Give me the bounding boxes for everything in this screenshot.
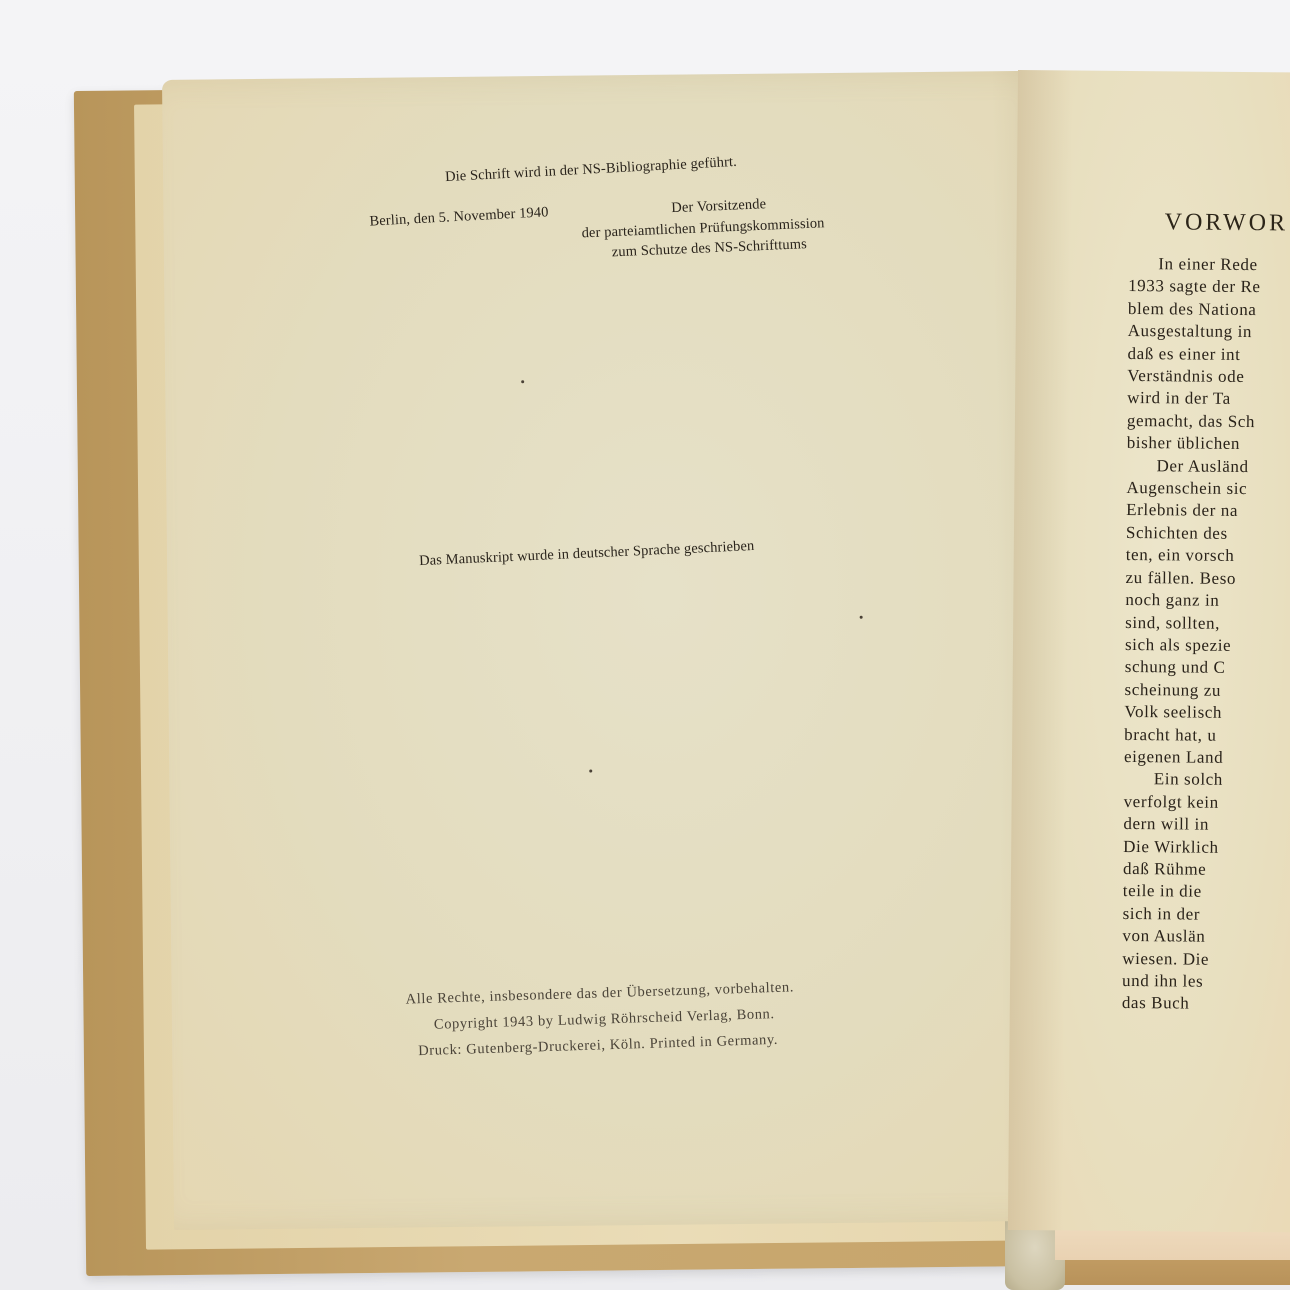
preface-line: daß Rühme — [1123, 858, 1290, 882]
preface-line: Augenschein sic — [1126, 477, 1290, 501]
paper-speck — [589, 770, 592, 773]
preface-line: zu fällen. Beso — [1125, 567, 1290, 591]
signatory-title: Der Vorsitzende — [671, 196, 766, 217]
preface-line: und ihn les — [1122, 970, 1290, 994]
preface-line: blem des Nationa — [1128, 298, 1290, 322]
preface-line: gemacht, das Sch — [1127, 410, 1290, 434]
imprint-copyright: Copyright 1943 by Ludwig Röhrscheid Verl… — [434, 1006, 775, 1034]
preface-line: Ein solch — [1124, 768, 1290, 792]
preface-line: ten, ein vorsch — [1126, 544, 1290, 568]
preface-line: teile in die — [1123, 880, 1290, 904]
preface-line: verfolgt kein — [1124, 791, 1290, 815]
preface-line: 1933 sagte der Re — [1128, 275, 1290, 299]
preface-line: Erlebnis der na — [1126, 499, 1290, 523]
paper-speck — [521, 380, 524, 383]
book-photo: Die Schrift wird in der NS-Bibliographie… — [0, 0, 1290, 1290]
left-page: Die Schrift wird in der NS-Bibliographie… — [162, 71, 1074, 1230]
signatory-purpose: zum Schutze des NS-Schrifttums — [612, 236, 808, 261]
preface-body: In einer Rede1933 sagte der Reblem des N… — [1122, 253, 1290, 1017]
preface-line: Schichten des — [1126, 522, 1290, 546]
preface-line: sich in der — [1123, 903, 1290, 927]
preface-line: wird in der Ta — [1127, 387, 1290, 411]
gutter-shadow — [1008, 70, 1073, 1230]
manuscript-note: Das Manuskript wurde in deutscher Sprach… — [419, 538, 755, 570]
preface-line: Verständnis ode — [1127, 365, 1290, 389]
preface-line: Volk seelisch — [1124, 701, 1290, 725]
right-page: VORWOR In einer Rede1933 sagte der Reble… — [1008, 70, 1290, 1232]
preface-line: wiesen. Die — [1122, 948, 1290, 972]
preface-title: VORWOR — [1165, 209, 1289, 237]
preface-line: sich als spezie — [1125, 634, 1290, 658]
preface-line: eigenen Land — [1124, 746, 1290, 770]
preface-line: schung und C — [1125, 656, 1290, 680]
imprint-printer: Druck: Gutenberg-Druckerei, Köln. Printe… — [418, 1032, 778, 1060]
preface-line: von Auslän — [1122, 925, 1290, 949]
imprint-rights: Alle Rechte, insbesondere das der Überse… — [405, 979, 794, 1008]
preface-line: sind, sollten, — [1125, 611, 1290, 635]
preface-line: bracht hat, u — [1124, 723, 1290, 747]
preface-line: noch ganz in — [1125, 589, 1290, 613]
preface-line: Ausgestaltung in — [1128, 320, 1290, 344]
preface-line: das Buch — [1122, 992, 1290, 1016]
preface-line: Der Ausländ — [1126, 455, 1290, 479]
place-date: Berlin, den 5. November 1940 — [369, 204, 549, 230]
preface-line: daß es einer int — [1127, 343, 1290, 367]
preface-line: Die Wirklich — [1123, 836, 1290, 860]
paper-speck — [860, 616, 863, 619]
bibliography-note: Die Schrift wird in der NS-Bibliographie… — [445, 154, 738, 186]
preface-line: In einer Rede — [1128, 253, 1290, 277]
preface-line: dern will in — [1123, 813, 1290, 837]
preface-line: scheinung zu — [1124, 679, 1290, 703]
preface-line: bisher üblichen — [1127, 432, 1290, 456]
